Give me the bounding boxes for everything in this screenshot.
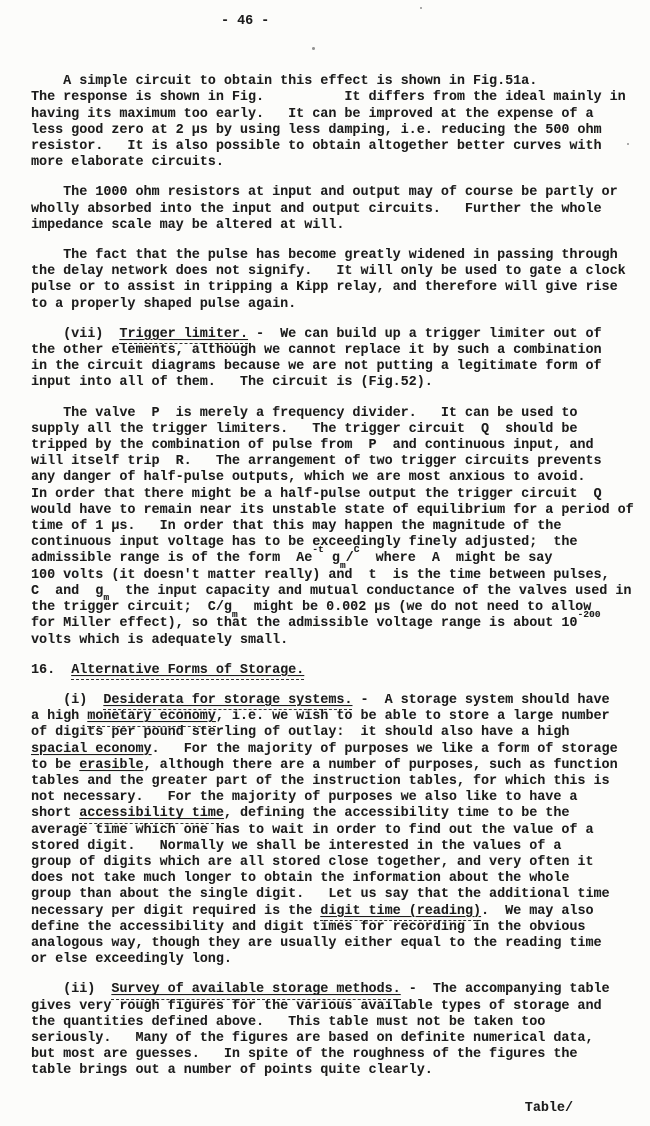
text-line: stored digit. Normally we shall be inter… [31, 839, 630, 855]
text-line: The valve P is merely a frequency divide… [31, 406, 630, 422]
text-line: a high monetary economy, i.e. we wish to… [31, 709, 630, 725]
text-line: any danger of half-pulse outputs, which … [31, 470, 630, 486]
text-line: not necessary. For the majority of purpo… [31, 790, 630, 806]
text-line: spacial economy. For the majority of pur… [31, 742, 630, 758]
text-line: less good zero at 2 μs by using less dam… [31, 123, 630, 139]
para-simple-circuit: A simple circuit to obtain this effect i… [31, 74, 630, 171]
text-line: 100 volts (it doesn't matter really) and… [31, 568, 630, 584]
text-line: 16. Alternative Forms of Storage. [31, 663, 630, 679]
para-valve-p-frequency-divider: The valve P is merely a frequency divide… [31, 406, 630, 649]
text-line: impedance scale may be altered at will. [31, 218, 630, 234]
text-line: The response is shown in Fig. It differs… [31, 90, 630, 106]
text-line: The fact that the pulse has become great… [31, 248, 630, 264]
text-line: resistor. It is also possible to obtain … [31, 139, 630, 155]
text-line: gives very rough figures for the various… [31, 999, 630, 1015]
text-line: necessary per digit required is the digi… [31, 904, 630, 920]
text-line: for Miller effect), so that the admissib… [31, 616, 630, 632]
text-line: group than about the single digit. Let u… [31, 887, 630, 903]
text-line: the other elements, although we cannot r… [31, 343, 630, 359]
text-line: does not take much longer to obtain the … [31, 871, 630, 887]
text-line: more elaborate circuits. [31, 155, 630, 171]
text-line: the delay network does not signify. It w… [31, 264, 630, 280]
text-line: wholly absorbed into the input and outpu… [31, 202, 630, 218]
text-line: continuous input voltage has to be excee… [31, 535, 630, 551]
text-line: pulse or to assist in tripping a Kipp re… [31, 280, 630, 296]
text-line: C and gm the input capacity and mutual c… [31, 584, 630, 600]
text-line: time of 1 μs. In order that this may hap… [31, 519, 630, 535]
text-line: volts which is adequately small. [31, 633, 630, 649]
text-line: (ii) Survey of available storage methods… [31, 982, 630, 998]
para-vii-trigger-limiter: (vii) Trigger limiter. - We can build up… [31, 327, 630, 392]
text-line: group of digits which are all stored clo… [31, 855, 630, 871]
heading-16-alternative-forms-of-storage: 16. Alternative Forms of Storage. [31, 663, 630, 679]
text-line: define the accessibility and digit times… [31, 920, 630, 936]
text-line: the trigger circuit; C/gm might be 0.002… [31, 600, 630, 616]
scan-speck [514, 447, 516, 449]
text-line: the quantities defined above. This table… [31, 1015, 630, 1031]
para-1000-ohm-resistors: The 1000 ohm resistors at input and outp… [31, 185, 630, 234]
text-line: A simple circuit to obtain this effect i… [31, 74, 630, 90]
scan-speck [420, 7, 422, 9]
text-line: The 1000 ohm resistors at input and outp… [31, 185, 630, 201]
para-i-desiderata-storage-systems: (i) Desiderata for storage systems. - A … [31, 693, 630, 968]
text-line: (i) Desiderata for storage systems. - A … [31, 693, 630, 709]
text-line: tripped by the combination of pulse from… [31, 438, 630, 454]
text-line: tables and the greater part of the instr… [31, 774, 630, 790]
document-page: - 46 - A simple circuit to obtain this e… [0, 0, 650, 1126]
scanned-document-screenshot: { "document": { "page_number": "- 46 -",… [0, 0, 650, 1126]
text-line: having its maximum too early. It can be … [31, 107, 630, 123]
text-line: supply all the trigger limiters. The tri… [31, 422, 630, 438]
text-line: to be erasible, although there are a num… [31, 758, 630, 774]
text-line: table brings out a number of points quit… [31, 1063, 630, 1079]
text-line: or else exceedingly long. [31, 952, 630, 968]
text-line: seriously. Many of the figures are based… [31, 1031, 630, 1047]
text-line: analogous way, though they are usually e… [31, 936, 630, 952]
para-pulse-widened: The fact that the pulse has become great… [31, 248, 630, 313]
text-line: of digits per pound sterling of outlay: … [31, 725, 630, 741]
scan-speck [627, 143, 629, 145]
scan-speck [312, 47, 315, 50]
text-line: short accessibility time, defining the a… [31, 806, 630, 822]
text-line: to a properly shaped pulse again. [31, 297, 630, 313]
text-line: but most are guesses. In spite of the ro… [31, 1047, 630, 1063]
text-line: in the circuit diagrams because we are n… [31, 359, 630, 375]
text-line: (vii) Trigger limiter. - We can build up… [31, 327, 630, 343]
text-line: admissible range is of the form Ae-t gm/… [31, 551, 630, 567]
text-line: average time which one has to wait in or… [31, 823, 630, 839]
para-ii-survey-storage-methods: (ii) Survey of available storage methods… [31, 982, 630, 1079]
catchword-table: Table/ [31, 1101, 630, 1117]
text-line: would have to remain near its unstable s… [31, 503, 630, 519]
page-number: - 46 - [221, 14, 630, 30]
document-body: A simple circuit to obtain this effect i… [31, 74, 630, 1079]
text-line: input into all of them. The circuit is (… [31, 375, 630, 391]
text-line: In order that there might be a half-puls… [31, 487, 630, 503]
text-line: will itself trip R. The arrangement of t… [31, 454, 630, 470]
